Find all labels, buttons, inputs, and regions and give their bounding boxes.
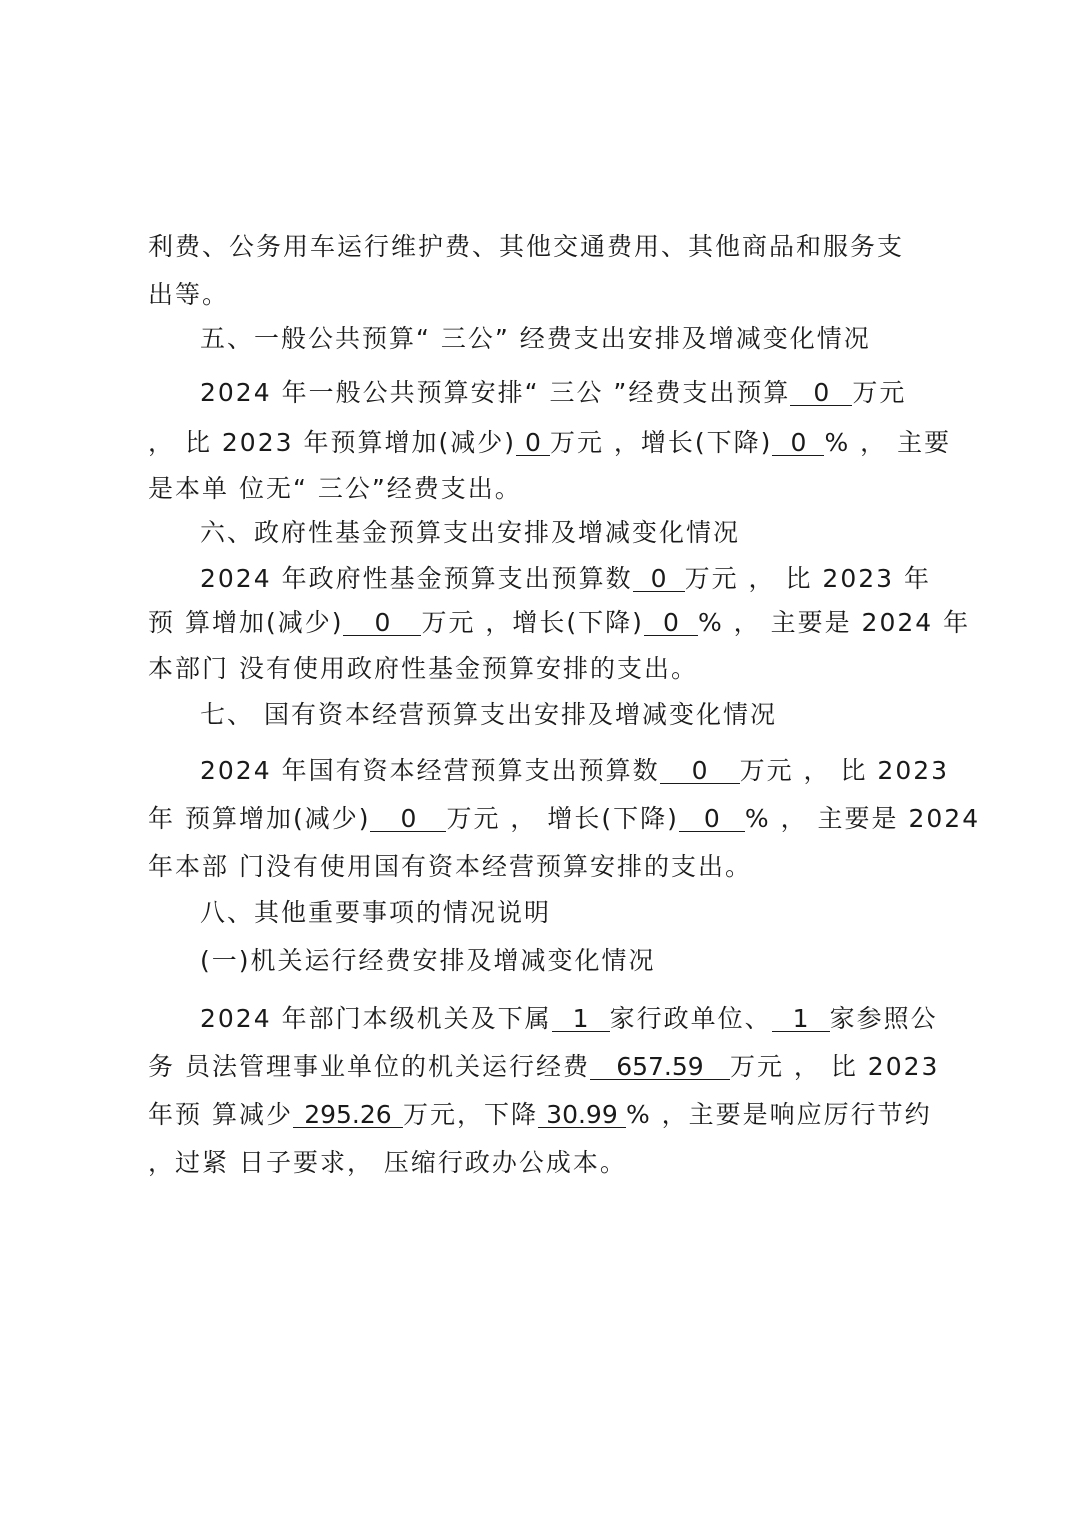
text: 预 算增加(减少) [148,608,343,637]
paragraph-line: 务 员法管理事业单位的机关运行经费657.59万元 ， 比 2023 [148,1052,939,1082]
text: 家行政单位、 [610,1004,772,1033]
text: 万元 ， 比 2023 [730,1052,939,1081]
paragraph-line: 年预 算减少295.26万元，下降30.99% ，主要是响应厉行节约 [148,1100,932,1130]
text: 万元 ， 增长(下降) [446,804,678,833]
paragraph-line: 2024 年政府性基金预算支出预算数0万元 ， 比 2023 年 [200,564,931,594]
paragraph-line: ，过紧 日子要求， 压缩行政办公成本。 [148,1148,627,1178]
paragraph-line: 2024 年国有资本经营预算支出预算数0万元 ， 比 2023 [200,756,949,786]
text: % ， 主要是 2024 [745,804,980,833]
text: % ， 主要是 2024 年 [698,608,970,637]
text: 2024 年一般公共预算安排“ 三公 ”经费支出预算 [200,378,790,407]
section-heading-6: 六、政府性基金预算支出安排及增减变化情况 [200,518,740,548]
paragraph-line: 是本单 位无“ 三公”经费支出。 [148,474,522,504]
blank-value: 0 [633,567,685,592]
subsection-heading: (一)机关运行经费安排及增减变化情况 [200,946,656,976]
section-heading-7: 七、 国有资本经营预算支出安排及增减变化情况 [200,700,777,730]
blank-value: 1 [552,1007,610,1032]
paragraph-line: 利费、公务用车运行维护费、其他交通费用、其他商品和服务支 [148,232,904,262]
text: 家参照公 [830,1004,938,1033]
paragraph-line: 本部门 没有使用政府性基金预算安排的支出。 [148,654,698,684]
paragraph-line: ， 比 2023 年预算增加(减少)0万元 ，增长(下降)0% ， 主要 [148,428,951,458]
paragraph-line: 2024 年一般公共预算安排“ 三公 ”经费支出预算0万元 [200,378,906,408]
section-heading-8: 八、其他重要事项的情况说明 [200,898,551,928]
blank-value: 295.26 [293,1103,403,1128]
blank-value: 0 [660,759,740,784]
text: 务 员法管理事业单位的机关运行经费 [148,1052,590,1081]
paragraph-line: 年本部 门没有使用国有资本经营预算安排的支出。 [148,852,752,882]
text: 万元 ， 比 2023 [740,756,949,785]
text: 万元 ，增长(下降) [421,608,643,637]
blank-value: 30.99 [538,1103,626,1128]
paragraph-line: 年 预算增加(减少)0万元 ， 增长(下降)0% ， 主要是 2024 [148,804,980,834]
paragraph-line: 预 算增加(减少)0万元 ，增长(下降)0% ， 主要是 2024 年 [148,608,970,638]
blank-value: 0 [679,807,745,832]
blank-value: 0 [516,431,550,456]
text: 2024 年部门本级机关及下属 [200,1004,552,1033]
text: 2024 年政府性基金预算支出预算数 [200,564,633,593]
blank-value: 657.59 [590,1055,730,1080]
text: 年 预算增加(减少) [148,804,370,833]
blank-value: 0 [644,611,698,636]
text: 年预 算减少 [148,1100,293,1129]
text: % ，主要是响应厉行节约 [626,1100,932,1129]
text: % ， 主要 [824,428,951,457]
blank-value: 0 [772,431,824,456]
paragraph-line: 出等。 [148,280,229,310]
blank-value: 0 [790,381,852,406]
section-heading-5: 五、一般公共预算“ 三公” 经费支出安排及增减变化情况 [200,324,871,354]
text: 万元，下降 [403,1100,538,1129]
text: 万元 ，增长(下降) [550,428,772,457]
text: 万元 ， 比 2023 年 [685,564,931,593]
text: 万元 [852,378,906,407]
blank-value: 1 [772,1007,830,1032]
text: 2024 年国有资本经营预算支出预算数 [200,756,660,785]
text: ， 比 2023 年预算增加(减少) [148,428,516,457]
paragraph-line: 2024 年部门本级机关及下属1家行政单位、1家参照公 [200,1004,938,1034]
blank-value: 0 [343,611,421,636]
blank-value: 0 [370,807,446,832]
